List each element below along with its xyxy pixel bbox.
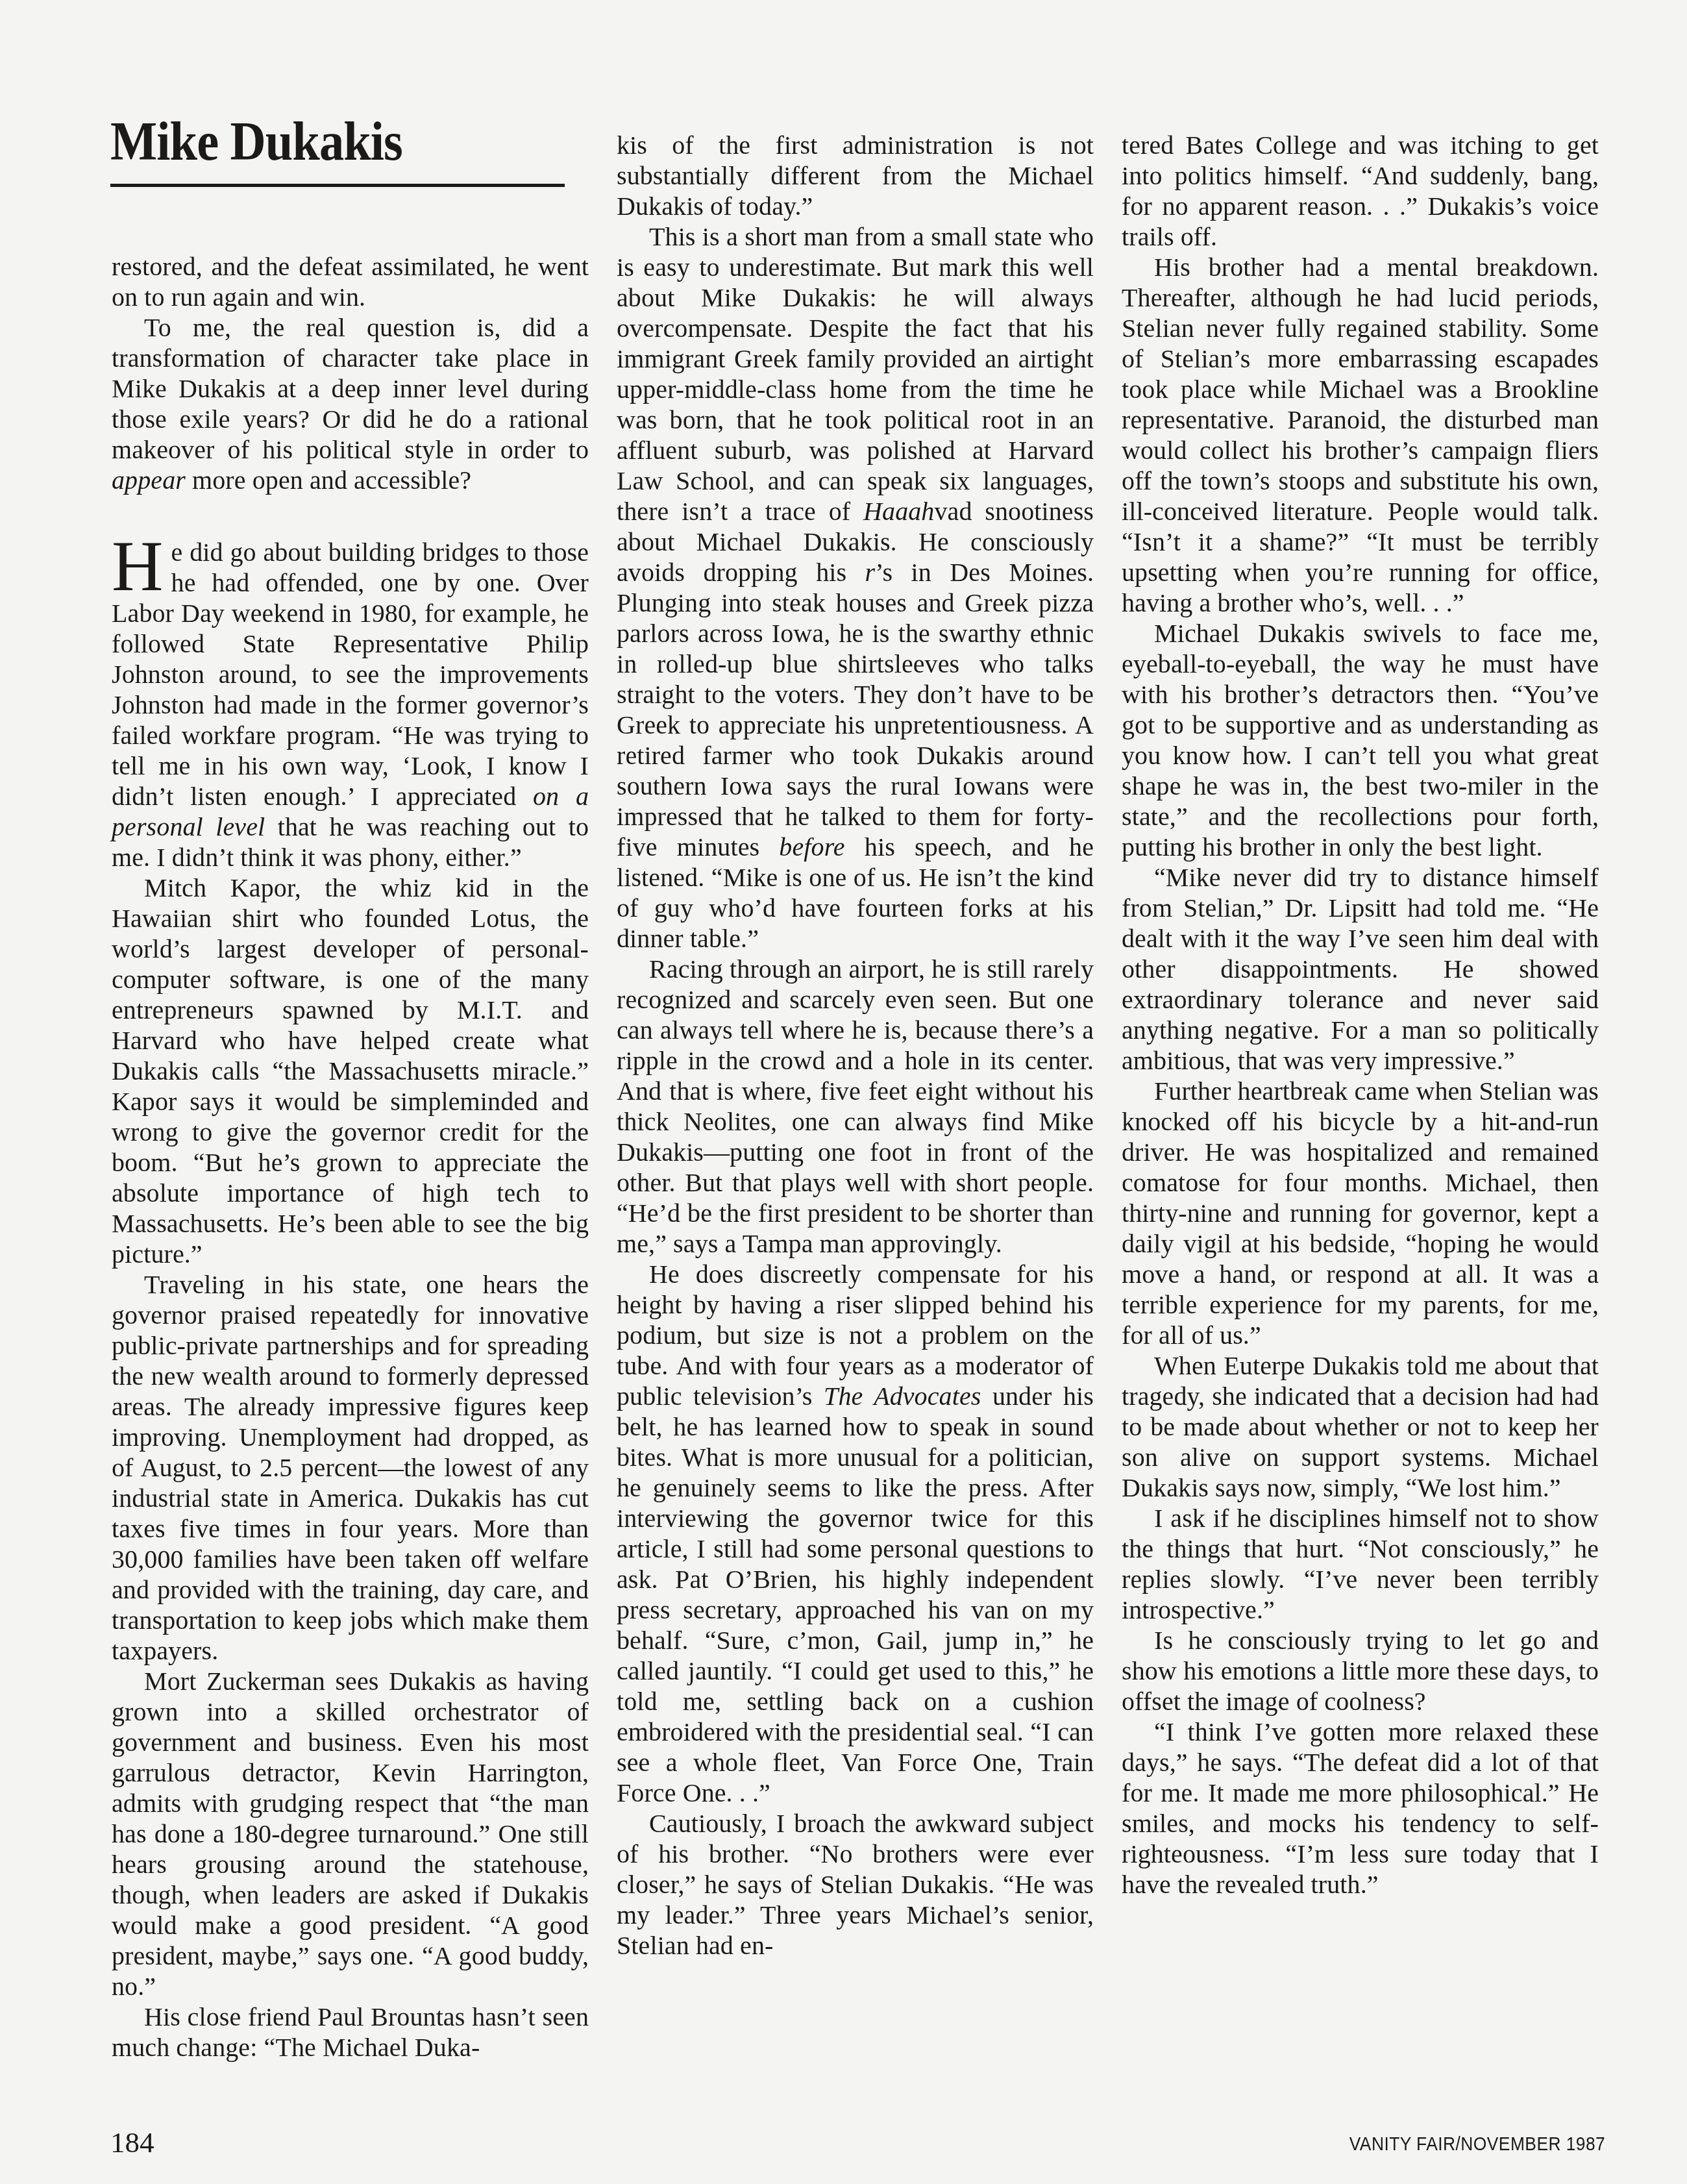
paragraph: Racing through an airport, he is still r… xyxy=(617,954,1094,1259)
paragraph: I ask if he disciplines himself not to s… xyxy=(1122,1503,1599,1625)
paragraph: tered Bates College and was itching to g… xyxy=(1122,130,1599,252)
paragraph: Is he consciously trying to let go and s… xyxy=(1122,1625,1599,1717)
article-column-1: restored, and the defeat assimilated, he… xyxy=(112,251,589,2063)
article-column-3: tered Bates College and was itching to g… xyxy=(1122,130,1599,1900)
paragraph: Mitch Kapor, the whiz kid in the Hawaiia… xyxy=(112,873,589,1269)
paragraph: His close friend Paul Brountas hasn’t se… xyxy=(112,2002,589,2063)
paragraph: Michael Dukakis swivels to face me, eyeb… xyxy=(1122,618,1599,862)
paragraph: To me, the real question is, did a trans… xyxy=(112,312,589,495)
article-title: Mike Dukakis xyxy=(110,115,402,169)
paragraph: Cautiously, I broach the awkward subject… xyxy=(617,1808,1094,1961)
paragraph: Further heartbreak came when Stelian was… xyxy=(1122,1076,1599,1350)
drop-cap: H xyxy=(112,537,171,594)
paragraph: His brother had a mental breakdown. Ther… xyxy=(1122,252,1599,618)
paragraph: Traveling in his state, one hears the go… xyxy=(112,1269,589,1666)
paragraph: “Mike never did try to distance himself … xyxy=(1122,862,1599,1076)
paragraph: kis of the first administration is not s… xyxy=(617,130,1094,221)
paragraph: “I think I’ve gotten more relaxed these … xyxy=(1122,1717,1599,1900)
paragraph: This is a short man from a small state w… xyxy=(617,221,1094,954)
magazine-footer: VANITY FAIR/NOVEMBER 1987 xyxy=(1349,2135,1605,2154)
magazine-page: Mike Dukakis restored, and the defeat as… xyxy=(0,0,1687,2184)
paragraph: Mort Zuckerman sees Dukakis as having gr… xyxy=(112,1666,589,2002)
paragraph: He does discreetly compensate for his he… xyxy=(617,1259,1094,1808)
paragraph: restored, and the defeat assimilated, he… xyxy=(112,251,589,312)
article-column-2: kis of the first administration is not s… xyxy=(617,130,1094,1961)
page-number: 184 xyxy=(110,2128,154,2157)
paragraph: When Euterpe Dukakis told me about that … xyxy=(1122,1350,1599,1503)
title-rule xyxy=(110,184,565,187)
paragraph: He did go about building bridges to thos… xyxy=(112,537,589,873)
